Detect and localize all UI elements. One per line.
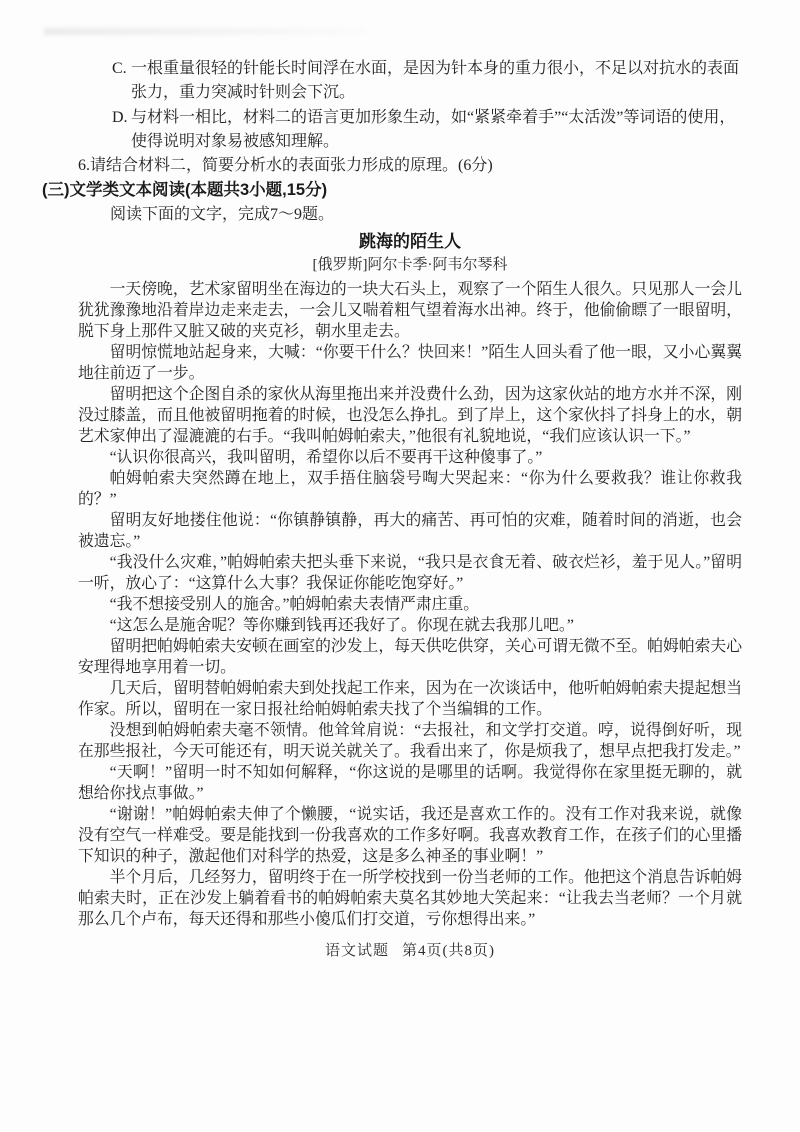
story-paragraph-4: “认识你很高兴，我叫留明，希望你以后不要再干这种傻事了。”	[78, 447, 742, 468]
section-header: (三)文学类文本阅读(本题共3小题,15分)	[42, 178, 742, 202]
story-paragraph-1: 一天傍晚，艺术家留明坐在海边的一块大石头上，观察了一个陌生人很久。只见那人一会儿…	[78, 279, 742, 342]
story-paragraph-6: 留明友好地搂住他说：“你镇静镇静，再大的痛苦、再可怕的灾难，随着时间的消逝，也会…	[78, 510, 742, 552]
story-paragraph-7: “我没什么灾难，”帕姆帕索夫把头垂下来说，“我只是衣食无着、破衣烂衫，羞于见人。…	[78, 552, 742, 594]
footer-doc-title: 语文试题	[325, 943, 389, 959]
story-paragraph-12: 没想到帕姆帕索夫毫不领情。他耸耸肩说：“去报社，和文学打交道。哼，说得倒好听，现…	[78, 720, 742, 762]
option-d: D.与材料一相比，材料二的语言更加形象生动，如“紧紧牵着手”“太活泼”等词语的使…	[131, 106, 742, 155]
page-footer: 语文试题第4页(共8页)	[78, 939, 742, 960]
story-paragraph-3: 留明把这个企图自杀的家伙从海里拖出来并没费什么劲，因为这家伙站的地方水并不深，刚…	[78, 384, 742, 447]
story-title: 跳海的陌生人	[78, 230, 742, 254]
option-c-label: C.	[112, 57, 131, 81]
story-paragraph-10: 留明把帕姆帕索夫安顿在画室的沙发上，每天供吃供穿，关心可谓无微不至。帕姆帕索夫心…	[78, 636, 742, 678]
story-paragraph-11: 几天后，留明替帕姆帕索夫到处找起工作来，因为在一次谈话中，他听帕姆帕索夫提起想当…	[78, 678, 742, 720]
story-paragraph-15: 半个月后，几经努力，留明终于在一所学校找到一份当老师的工作。他把这个消息告诉帕姆…	[78, 867, 742, 930]
exam-page: C.一根重量很轻的针能长时间浮在水面，是因为针本身的重力很小，不足以对抗水的表面…	[0, 0, 800, 1132]
option-d-label: D.	[112, 106, 131, 130]
story-paragraph-2: 留明惊慌地站起身来，大喊：“你要干什么？快回来！”陌生人回头看了他一眼，又小心翼…	[78, 342, 742, 384]
option-d-text: 与材料一相比，材料二的语言更加形象生动，如“紧紧牵着手”“太活泼”等词语的使用，…	[131, 109, 735, 150]
story-body: 一天傍晚，艺术家留明坐在海边的一块大石头上，观察了一个陌生人很久。只见那人一会儿…	[78, 279, 742, 930]
scan-artifact	[44, 28, 364, 35]
story-paragraph-13: “天啊！”留明一时不知如何解释，“你这说的是哪里的话啊。我觉得你在家里挺无聊的，…	[78, 762, 742, 804]
story-author: [俄罗斯]阿尔卡季·阿韦尔琴科	[78, 254, 742, 276]
option-c: C.一根重量很轻的针能长时间浮在水面，是因为针本身的重力很小，不足以对抗水的表面…	[131, 57, 742, 106]
question-options-block: C.一根重量很轻的针能长时间浮在水面，是因为针本身的重力很小，不足以对抗水的表面…	[78, 57, 742, 227]
question-6: 6.请结合材料二，简要分析水的表面张力形成的原理。(6分)	[78, 154, 742, 178]
story-paragraph-8: “我不想接受别人的施舍。”帕姆帕索夫表情严肃庄重。	[78, 594, 742, 615]
footer-page-info: 第4页(共8页)	[402, 943, 495, 959]
story-paragraph-5: 帕姆帕索夫突然蹲在地上，双手捂住脑袋号啕大哭起来：“你为什么要救我？谁让你救我的…	[78, 468, 742, 510]
reading-instruction: 阅读下面的文字，完成7～9题。	[78, 203, 742, 227]
story-paragraph-9: “这怎么是施舍呢？等你赚到钱再还我好了。你现在就去我那儿吧。”	[78, 615, 742, 636]
option-c-text: 一根重量很轻的针能长时间浮在水面，是因为针本身的重力很小，不足以对抗水的表面张力…	[131, 60, 739, 101]
story-paragraph-14: “谢谢！”帕姆帕索夫伸了个懒腰，“说实话，我还是喜欢工作的。没有工作对我来说，就…	[78, 804, 742, 867]
